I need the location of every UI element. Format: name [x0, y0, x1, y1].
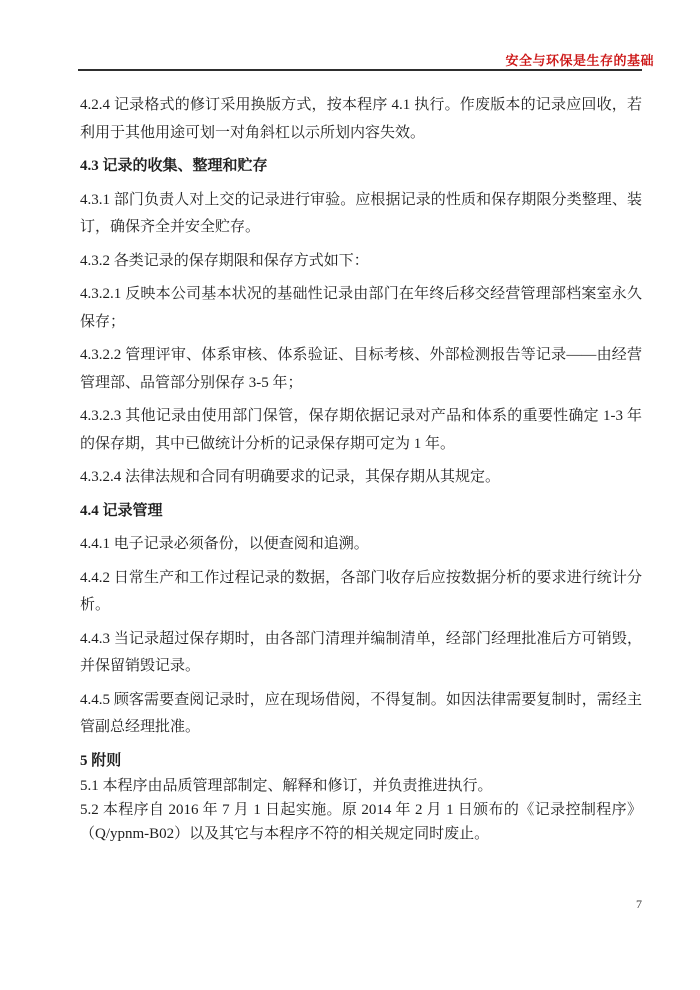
paragraph-4-4-5: 4.4.5 顾客需要查阅记录时，应在现场借阅，不得复制。如因法律需要复制时，需经…: [80, 687, 642, 742]
paragraph-4-3-1: 4.3.1 部门负责人对上交的记录进行审验。应根据记录的性质和保存期限分类整理、…: [80, 187, 642, 242]
header-rule: [78, 69, 642, 71]
paragraph-4-3-2: 4.3.2 各类记录的保存期限和保存方式如下：: [80, 248, 642, 276]
document-page: 安全与环保是生存的基础 4.2.4 记录格式的修订采用换版方式，按本程序 4.1…: [0, 0, 700, 990]
paragraph-4-2-4: 4.2.4 记录格式的修订采用换版方式，按本程序 4.1 执行。作废版本的记录应…: [80, 92, 642, 147]
paragraph-4-4-2: 4.4.2 日常生产和工作过程记录的数据，各部门收存后应按数据分析的要求进行统计…: [80, 565, 642, 620]
heading-4-3: 4.3 记录的收集、整理和贮存: [80, 153, 642, 181]
page-number: 7: [636, 897, 642, 912]
paragraph-5-2: 5.2 本程序自 2016 年 7 月 1 日起实施。原 2014 年 2 月 …: [80, 798, 642, 846]
paragraph-5-1: 5.1 本程序由品质管理部制定、解释和修订，并负责推进执行。: [80, 774, 642, 798]
section-5: 5 附则 5.1 本程序由品质管理部制定、解释和修订，并负责推进执行。 5.2 …: [80, 748, 642, 846]
paragraph-4-4-3: 4.4.3 当记录超过保存期时，由各部门清理并编制清单，经部门经理批准后方可销毁…: [80, 626, 642, 681]
paragraph-4-3-2-1: 4.3.2.1 反映本公司基本状况的基础性记录由部门在年终后移交经营管理部档案室…: [80, 281, 642, 336]
heading-5: 5 附则: [80, 748, 642, 774]
header-slogan: 安全与环保是生存的基础: [505, 50, 654, 69]
paragraph-4-3-2-3: 4.3.2.3 其他记录由使用部门保管，保存期依据记录对产品和体系的重要性确定 …: [80, 403, 642, 458]
paragraph-4-3-2-2: 4.3.2.2 管理评审、体系审核、体系验证、目标考核、外部检测报告等记录——由…: [80, 342, 642, 397]
document-body: 4.2.4 记录格式的修订采用换版方式，按本程序 4.1 执行。作废版本的记录应…: [80, 92, 642, 846]
paragraph-4-4-1: 4.4.1 电子记录必须备份，以便查阅和追溯。: [80, 531, 642, 559]
heading-4-4: 4.4 记录管理: [80, 498, 642, 526]
paragraph-4-3-2-4: 4.3.2.4 法律法规和合同有明确要求的记录，其保存期从其规定。: [80, 464, 642, 492]
